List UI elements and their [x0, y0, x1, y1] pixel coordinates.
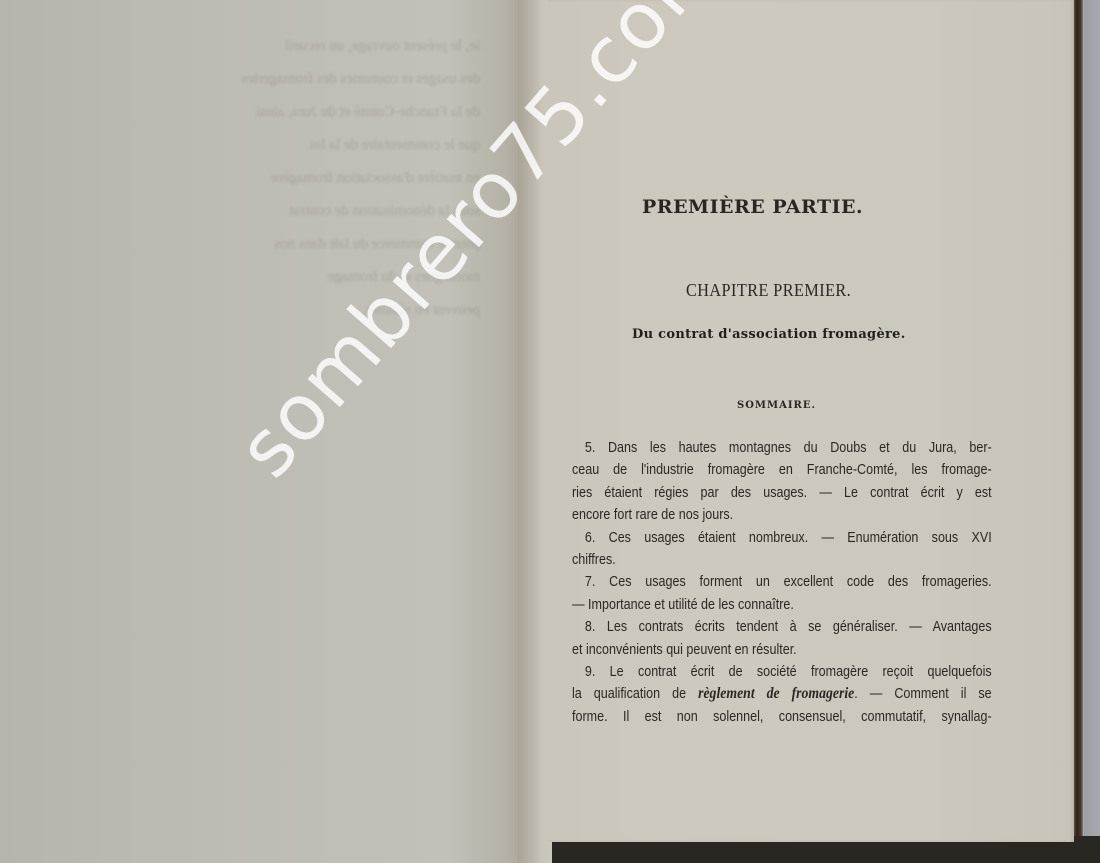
summary-line: 7. Ces usages forment un excellent code …: [572, 571, 992, 593]
summary-line: forme. Il est non solennel, consensuel, …: [572, 706, 992, 728]
summary-line: ceau de l'industrie fromagère en Franche…: [572, 459, 992, 481]
bleed-line: peuvent en résulter.: [60, 294, 480, 327]
summary-line: — Importance et utilité de les connaître…: [572, 594, 933, 616]
summary-line: 8. Les contrats écrits tendent à se géné…: [572, 616, 992, 638]
summary-line: chiffres.: [572, 549, 933, 571]
backdrop: [1084, 0, 1100, 863]
part-title: PREMIÈRE PARTIE.: [642, 196, 863, 218]
summary-line: ries étaient régies par des usages. — Le…: [572, 482, 992, 504]
summary-text-run: . — Comment il se: [854, 686, 991, 702]
summary-text: 5. Dans les hautes montagnes du Doubs et…: [572, 437, 992, 728]
summary-line: encore fort rare de nos jours.: [572, 504, 933, 526]
summary-line: la qualification de règlement de fromage…: [572, 683, 992, 705]
bleed-line: de la Franche-Comté et du Jura, ainsi: [60, 96, 480, 129]
bleed-line: ie, le présent ouvrage, un recueil: [60, 30, 480, 63]
book-cover-edge: [1073, 0, 1083, 850]
bleed-line: sous la dénomination de contrat: [60, 195, 480, 228]
bleed-line: en matière d'association fromagère: [60, 162, 480, 195]
summary-text-run: la qualification de: [572, 686, 698, 702]
book-gutter: [518, 0, 552, 863]
chapter-subtitle: Du contrat d'association fromagère.: [632, 327, 906, 342]
left-page-bleed-through: ie, le présent ouvrage, un recueil des u…: [60, 30, 480, 327]
summary-line: 6. Ces usages étaient nombreux. — Enumér…: [572, 527, 992, 549]
summary-line: 5. Dans les hautes montagnes du Doubs et…: [572, 437, 992, 459]
summary-heading: SOMMAIRE.: [737, 400, 816, 411]
bleed-line: montagnes et du fromage: [60, 261, 480, 294]
bleed-line: des usages et coutumes des fromageries: [60, 63, 480, 96]
left-page: ie, le présent ouvrage, un recueil des u…: [0, 0, 528, 863]
bleed-line: que le commentaire de la loi: [60, 129, 480, 162]
summary-line: 9. Le contrat écrit de société fromagère…: [572, 661, 992, 683]
open-book-photo: ie, le présent ouvrage, un recueil des u…: [0, 0, 1100, 863]
chapter-title: CHAPITRE PREMIER.: [686, 280, 851, 301]
summary-italic-term: règlement de fromagerie: [698, 685, 854, 702]
summary-line: et inconvénients qui peuvent en résulter…: [572, 639, 933, 661]
bleed-line: pour le commerce du lait dans nos: [60, 228, 480, 261]
